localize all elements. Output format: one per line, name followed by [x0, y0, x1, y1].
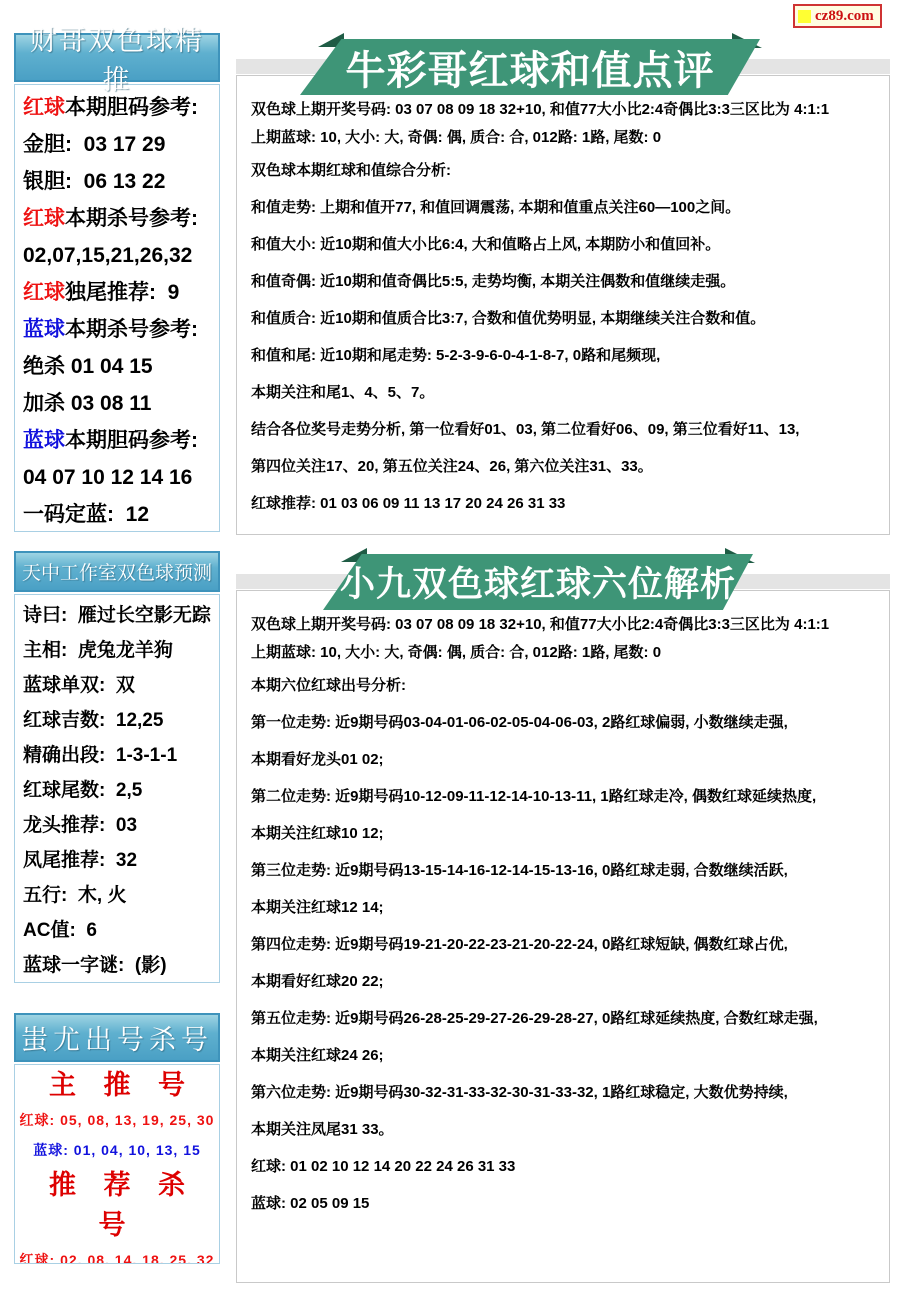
- prediction-line: 诗曰: 雁过长空影无踪: [23, 598, 211, 633]
- prediction-line: 龙头推荐: 03: [23, 808, 211, 843]
- analysis-line: 本期关注和尾1、4、5、7。: [251, 374, 875, 411]
- panel-xiaojiu: 小九双色球红球六位解析 双色球上期开奖号码: 03 07 08 09 18 32…: [236, 548, 890, 1283]
- analysis-line: 蓝球: 02 05 09 15: [251, 1185, 875, 1222]
- analysis-line: 结合各位奖号走势分析, 第一位看好01、03, 第二位看好06、09, 第三位看…: [251, 411, 875, 448]
- prediction-line: 红球独尾推荐: 9: [23, 274, 211, 311]
- analysis-line: 第三位走势: 近9期号码13-15-14-16-12-14-15-13-16, …: [251, 852, 875, 889]
- prediction-line: 主相: 虎兔龙羊狗: [23, 633, 211, 668]
- colored-label: 红球: [23, 96, 65, 119]
- analysis-line: 本期看好红球20 22;: [251, 963, 875, 1000]
- prediction-line: 精确出段: 1-3-1-1: [23, 738, 211, 773]
- analysis-line: 红球: 01 02 10 12 14 20 22 24 26 31 33: [251, 1148, 875, 1185]
- analysis-line: 第四位关注17、20, 第五位关注24、26, 第六位关注31、33。: [251, 448, 875, 485]
- analysis-line: 第四位走势: 近9期号码19-21-20-22-23-21-20-22-24, …: [251, 926, 875, 963]
- analysis-line: 第五位走势: 近9期号码26-28-25-29-27-26-29-28-27, …: [251, 1000, 875, 1037]
- ribbon-banner: 牛彩哥红球和值点评: [300, 33, 760, 95]
- prediction-line: 04 07 10 12 14 16: [23, 459, 211, 496]
- prediction-line: 蓝球一字谜: (影): [23, 948, 211, 983]
- panel-niucaige-title: 牛彩哥红球和值点评: [300, 39, 760, 95]
- panel-niucaige-content: 双色球上期开奖号码: 03 07 08 09 18 32+10, 和值77大小比…: [236, 75, 890, 535]
- analysis-line: 第二位走势: 近9期号码10-12-09-11-12-14-10-13-11, …: [251, 778, 875, 815]
- analysis-line: 第六位走势: 近9期号码30-32-31-33-32-30-31-33-32, …: [251, 1074, 875, 1111]
- analysis-line: 本期关注凤尾31 33。: [251, 1111, 875, 1148]
- analysis-line: 本期关注红球24 26;: [251, 1037, 875, 1074]
- panel-niucaige: 牛彩哥红球和值点评 双色球上期开奖号码: 03 07 08 09 18 32+1…: [236, 33, 890, 535]
- analysis-line: 双色球上期开奖号码: 03 07 08 09 18 32+10, 和值77大小比…: [251, 611, 875, 639]
- prediction-line: 红球本期胆码参考:: [23, 89, 211, 126]
- analysis-line: 红球推荐: 01 03 06 09 11 13 17 20 24 26 31 3…: [251, 485, 875, 522]
- prediction-line: 红球本期杀号参考:: [23, 200, 211, 237]
- prediction-line: 02,07,15,21,26,32: [23, 237, 211, 274]
- analysis-line: 上期蓝球: 10, 大小: 大, 奇偶: 偶, 质合: 合, 012路: 1路,…: [251, 639, 875, 667]
- colored-label: 红球: [23, 281, 65, 304]
- prediction-line: 金胆: 03 17 29: [23, 126, 211, 163]
- analysis-line: 和值走势: 上期和值开77, 和值回调震荡, 本期和值重点关注60—100之间。: [251, 189, 875, 226]
- prediction-line: 红球吉数: 12,25: [23, 703, 211, 738]
- number-line: 推 荐 杀 号: [17, 1165, 217, 1245]
- panel-caige-title: 财哥双色球精推: [14, 33, 220, 82]
- prediction-line: AC值: 6: [23, 913, 211, 948]
- prediction-line: 一码定蓝: 12: [23, 496, 211, 532]
- panel-tianzhong-title: 天中工作室双色球预测: [14, 551, 220, 592]
- panel-caige: 财哥双色球精推 红球本期胆码参考:金胆: 03 17 29银胆: 06 13 2…: [14, 33, 220, 532]
- number-line: 红球: 05, 08, 13, 19, 25, 30: [17, 1105, 217, 1135]
- prediction-line: 蓝球本期杀号参考:: [23, 311, 211, 348]
- prediction-line: 凤尾推荐: 32: [23, 843, 211, 878]
- analysis-line: 和值和尾: 近10期和尾走势: 5-2-3-9-6-0-4-1-8-7, 0路和…: [251, 337, 875, 374]
- prediction-line: 加杀 03 08 11: [23, 385, 211, 422]
- ribbon-header: 牛彩哥红球和值点评: [236, 33, 890, 95]
- analysis-line: 和值奇偶: 近10期和值奇偶比5:5, 走势均衡, 本期关注偶数和值继续走强。: [251, 263, 875, 300]
- logo-square-icon: [798, 10, 811, 23]
- analysis-line: 双色球本期红球和值综合分析:: [251, 152, 875, 189]
- panel-tianzhong: 天中工作室双色球预测 诗曰: 雁过长空影无踪主相: 虎兔龙羊狗蓝球单双: 双红球…: [14, 551, 220, 983]
- analysis-line: 双色球上期开奖号码: 03 07 08 09 18 32+10, 和值77大小比…: [251, 96, 875, 124]
- analysis-line: 本期关注红球12 14;: [251, 889, 875, 926]
- analysis-line: 本期六位红球出号分析:: [251, 667, 875, 704]
- prediction-line: 蓝球单双: 双: [23, 668, 211, 703]
- analysis-line: 和值质合: 近10期和值质合比3:7, 合数和值优势明显, 本期继续关注合数和值…: [251, 300, 875, 337]
- prediction-line: 绝杀 01 04 15: [23, 348, 211, 385]
- prediction-line: 红球尾数: 2,5: [23, 773, 211, 808]
- ribbon-banner: 小九双色球红球六位解析: [323, 548, 753, 610]
- colored-label: 蓝球: [23, 429, 65, 452]
- ribbon-header: 小九双色球红球六位解析: [236, 548, 890, 610]
- analysis-line: 和值大小: 近10期和值大小比6:4, 大和值略占上风, 本期防小和值回补。: [251, 226, 875, 263]
- analysis-line: 上期蓝球: 10, 大小: 大, 奇偶: 偶, 质合: 合, 012路: 1路,…: [251, 124, 875, 152]
- panel-chiyou: 蚩尤出号杀号 主 推 号红球: 05, 08, 13, 19, 25, 30蓝球…: [14, 1013, 220, 1264]
- site-logo[interactable]: cz89.com: [793, 4, 882, 28]
- panel-xiaojiu-content: 双色球上期开奖号码: 03 07 08 09 18 32+10, 和值77大小比…: [236, 590, 890, 1283]
- number-line: 主 推 号: [17, 1065, 217, 1105]
- prediction-line: 银胆: 06 13 22: [23, 163, 211, 200]
- colored-label: 蓝球: [23, 318, 65, 341]
- colored-label: 红球: [23, 207, 65, 230]
- panel-chiyou-title: 蚩尤出号杀号: [14, 1013, 220, 1062]
- logo-text: cz89.com: [815, 9, 874, 24]
- prediction-line: 蓝球本期胆码参考:: [23, 422, 211, 459]
- panel-tianzhong-content: 诗曰: 雁过长空影无踪主相: 虎兔龙羊狗蓝球单双: 双红球吉数: 12,25精确…: [14, 594, 220, 983]
- analysis-line: 本期关注红球10 12;: [251, 815, 875, 852]
- prediction-line: 五行: 木, 火: [23, 878, 211, 913]
- panel-chiyou-content: 主 推 号红球: 05, 08, 13, 19, 25, 30蓝球: 01, 0…: [14, 1064, 220, 1264]
- analysis-line: 本期看好龙头01 02;: [251, 741, 875, 778]
- number-line: 蓝球: 01, 04, 10, 13, 15: [17, 1135, 217, 1165]
- analysis-line: 第一位走势: 近9期号码03-04-01-06-02-05-04-06-03, …: [251, 704, 875, 741]
- number-line: 红球: 02, 08, 14, 18, 25, 32: [17, 1245, 217, 1264]
- panel-caige-content: 红球本期胆码参考:金胆: 03 17 29银胆: 06 13 22红球本期杀号参…: [14, 84, 220, 532]
- panel-xiaojiu-title: 小九双色球红球六位解析: [323, 554, 753, 610]
